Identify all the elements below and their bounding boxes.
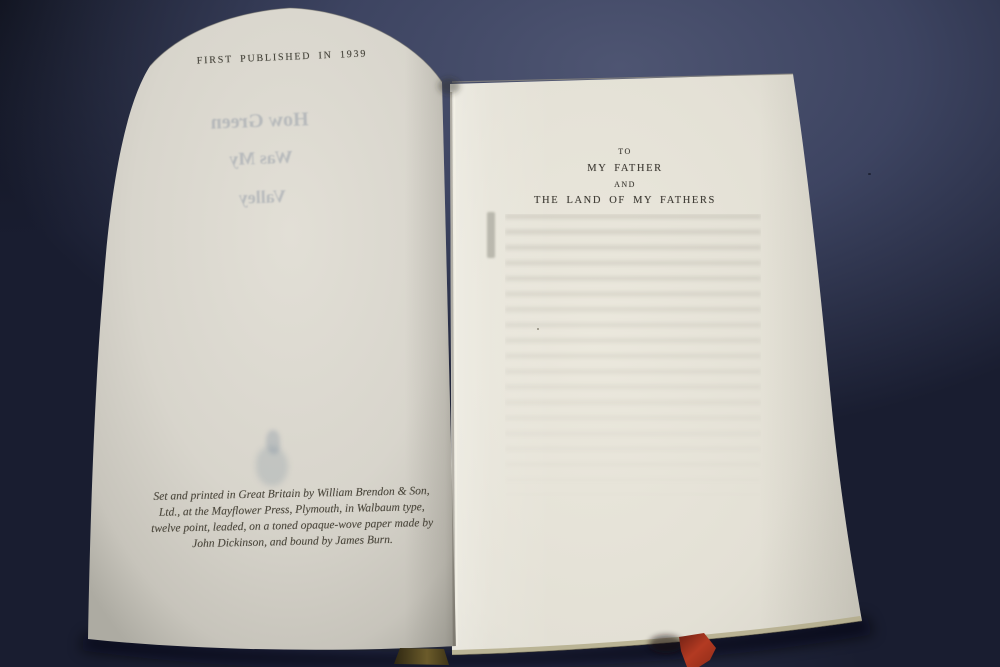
- colophon: Set and printed in Great Britain by Will…: [141, 483, 442, 553]
- printer-device-blob: [256, 446, 288, 486]
- left-page-gutter-shading: [88, 8, 456, 650]
- dedication-line: TO: [525, 147, 725, 156]
- show-through-title: How Green Was My Valley: [186, 107, 335, 210]
- gutter-top-shadow: [438, 78, 460, 94]
- background-speck: [868, 173, 871, 175]
- show-through-text-block: [505, 214, 761, 512]
- dedication-line: THE LAND OF MY FATHERS: [525, 195, 725, 206]
- show-through-title-line: Was My: [188, 145, 335, 171]
- dedication: TO MY FATHER AND THE LAND OF MY FATHERS: [525, 147, 725, 206]
- show-through-title-line: How Green: [186, 107, 333, 135]
- open-book-illustration: [0, 0, 1000, 667]
- paper-speck: [537, 328, 539, 330]
- book-photograph: FIRST PUBLISHED IN 1939 How Green Was My…: [0, 0, 1000, 667]
- show-through-dropcap: [487, 212, 495, 258]
- spine-wedge: [394, 648, 449, 665]
- printer-device-show-through: [246, 430, 306, 490]
- dedication-line: AND: [525, 180, 725, 189]
- ribbon-shadow: [649, 635, 683, 653]
- dedication-line: MY FATHER: [525, 163, 725, 174]
